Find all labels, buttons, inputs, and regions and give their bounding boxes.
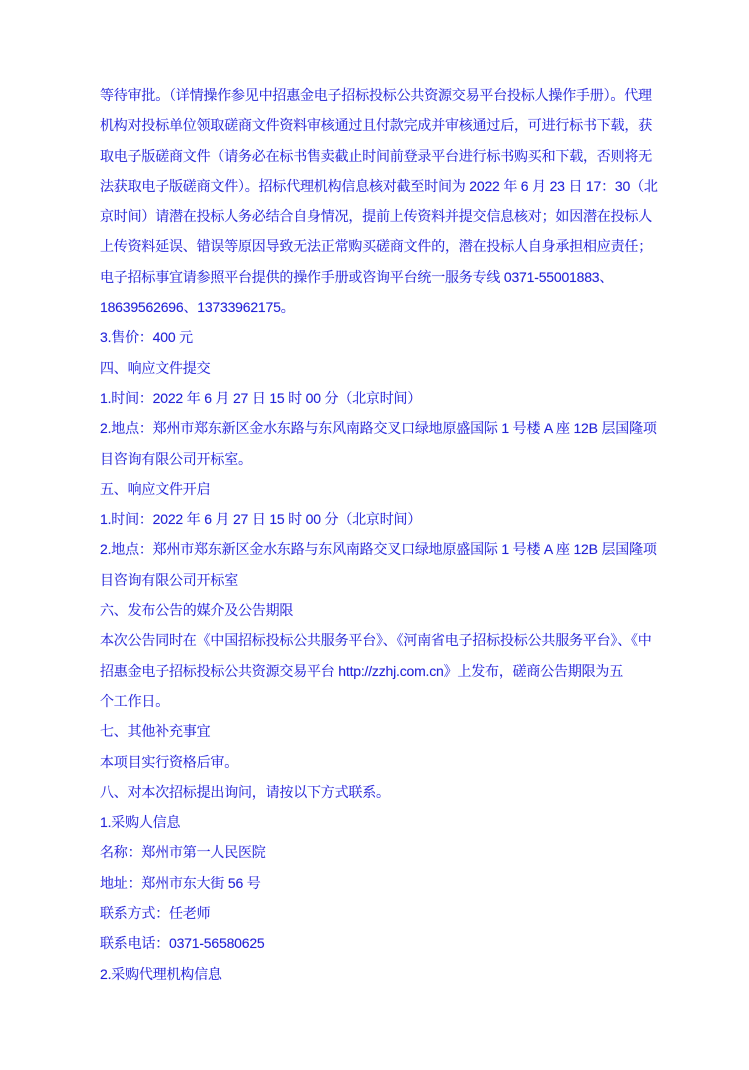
section-7-other-matters: 七、其他补充事宜 [100, 716, 685, 746]
item-purchaser-info-heading: 1.采购人信息 [100, 807, 685, 837]
field-purchaser-address: 地址：郑州市东大街 56 号 [100, 868, 685, 898]
item-submission-place: 2.地点：郑州市郑东新区金水东路与东风南路交叉口绿地原盛国际 1 号楼 A 座 … [100, 413, 685, 474]
item-submission-time: 1.时间：2022 年 6 月 27 日 15 时 00 分（北京时间） [100, 383, 685, 413]
section-5-response-opening-line-1: 五、响应文件开启 [100, 474, 685, 504]
item-opening-time-line-1: 1.时间：2022 年 6 月 27 日 15 时 00 分（北京时间） [100, 504, 685, 534]
item-submission-place-line-2: 目咨询有限公司开标室。 [100, 444, 685, 474]
para-announcement-media: 本次公告同时在《中国招标投标公共服务平台》、《河南省电子招标投标公共服务平台》、… [100, 625, 685, 716]
section-8-contact-methods: 八、对本次招标提出询问，请按以下方式联系。 [100, 777, 685, 807]
item-agency-info-heading: 2.采购代理机构信息 [100, 959, 685, 989]
document-body: 等待审批。（详情操作参见中招惠金电子招标投标公共资源交易平台投标人操作手册）。代… [100, 80, 685, 989]
item-purchaser-info-heading-line-1: 1.采购人信息 [100, 807, 685, 837]
item-agency-info-heading-line-1: 2.采购代理机构信息 [100, 959, 685, 989]
para-bid-document-purchase-line-8: 18639562696、13733962175。 [100, 292, 685, 322]
field-purchaser-address-line-1: 地址：郑州市东大街 56 号 [100, 868, 685, 898]
item-submission-time-line-1: 1.时间：2022 年 6 月 27 日 15 时 00 分（北京时间） [100, 383, 685, 413]
item-price-line-1: 3.售价：400 元 [100, 322, 685, 352]
para-bid-document-purchase-line-3: 取电子版磋商文件（请务必在标书售卖截止时间前登录平台进行标书购买和下载，否则将无 [100, 141, 685, 171]
para-announcement-media-line-3: 个工作日。 [100, 686, 685, 716]
item-opening-place-line-1: 2.地点：郑州市郑东新区金水东路与东风南路交叉口绿地原盛国际 1 号楼 A 座 … [100, 534, 685, 564]
item-submission-place-line-1: 2.地点：郑州市郑东新区金水东路与东风南路交叉口绿地原盛国际 1 号楼 A 座 … [100, 413, 685, 443]
section-7-other-matters-line-1: 七、其他补充事宜 [100, 716, 685, 746]
para-bid-document-purchase-line-2: 机构对投标单位领取磋商文件资料审核通过且付款完成并审核通过后，可进行标书下载，获 [100, 110, 685, 140]
section-4-response-submission-line-1: 四、响应文件提交 [100, 353, 685, 383]
section-6-announcement-media-line-1: 六、发布公告的媒介及公告期限 [100, 595, 685, 625]
field-purchaser-name-line-1: 名称：郑州市第一人民医院 [100, 837, 685, 867]
item-opening-place: 2.地点：郑州市郑东新区金水东路与东风南路交叉口绿地原盛国际 1 号楼 A 座 … [100, 534, 685, 595]
field-purchaser-name: 名称：郑州市第一人民医院 [100, 837, 685, 867]
para-announcement-media-line-1: 本次公告同时在《中国招标投标公共服务平台》、《河南省电子招标投标公共服务平台》、… [100, 625, 685, 655]
item-opening-time: 1.时间：2022 年 6 月 27 日 15 时 00 分（北京时间） [100, 504, 685, 534]
para-qualification-review-line-1: 本项目实行资格后审。 [100, 747, 685, 777]
para-bid-document-purchase-line-4: 法获取电子版磋商文件）。招标代理机构信息核对截至时间为 2022 年 6 月 2… [100, 171, 685, 201]
section-5-response-opening: 五、响应文件开启 [100, 474, 685, 504]
section-8-contact-methods-line-1: 八、对本次招标提出询问，请按以下方式联系。 [100, 777, 685, 807]
field-purchaser-contact: 联系方式：任老师 [100, 898, 685, 928]
para-bid-document-purchase-line-5: 京时间）请潜在投标人务必结合自身情况，提前上传资料并提交信息核对；如因潜在投标人 [100, 201, 685, 231]
para-announcement-media-line-2: 招惠金电子招标投标公共资源交易平台 http://zzhj.com.cn》上发布… [100, 656, 685, 686]
para-bid-document-purchase-line-1: 等待审批。（详情操作参见中招惠金电子招标投标公共资源交易平台投标人操作手册）。代… [100, 80, 685, 110]
field-purchaser-phone: 联系电话：0371-56580625 [100, 928, 685, 958]
para-bid-document-purchase-line-7: 电子招标事宜请参照平台提供的操作手册或咨询平台统一服务专线 0371-55001… [100, 262, 685, 292]
field-purchaser-contact-line-1: 联系方式：任老师 [100, 898, 685, 928]
item-price: 3.售价：400 元 [100, 322, 685, 352]
para-bid-document-purchase-line-6: 上传资料延误、错误等原因导致无法正常购买磋商文件的，潜在投标人自身承担相应责任； [100, 231, 685, 261]
para-bid-document-purchase: 等待审批。（详情操作参见中招惠金电子招标投标公共资源交易平台投标人操作手册）。代… [100, 80, 685, 322]
section-4-response-submission: 四、响应文件提交 [100, 353, 685, 383]
field-purchaser-phone-line-1: 联系电话：0371-56580625 [100, 928, 685, 958]
para-qualification-review: 本项目实行资格后审。 [100, 747, 685, 777]
item-opening-place-line-2: 目咨询有限公司开标室 [100, 565, 685, 595]
section-6-announcement-media: 六、发布公告的媒介及公告期限 [100, 595, 685, 625]
document-page: 等待审批。（详情操作参见中招惠金电子招标投标公共资源交易平台投标人操作手册）。代… [0, 0, 749, 1070]
